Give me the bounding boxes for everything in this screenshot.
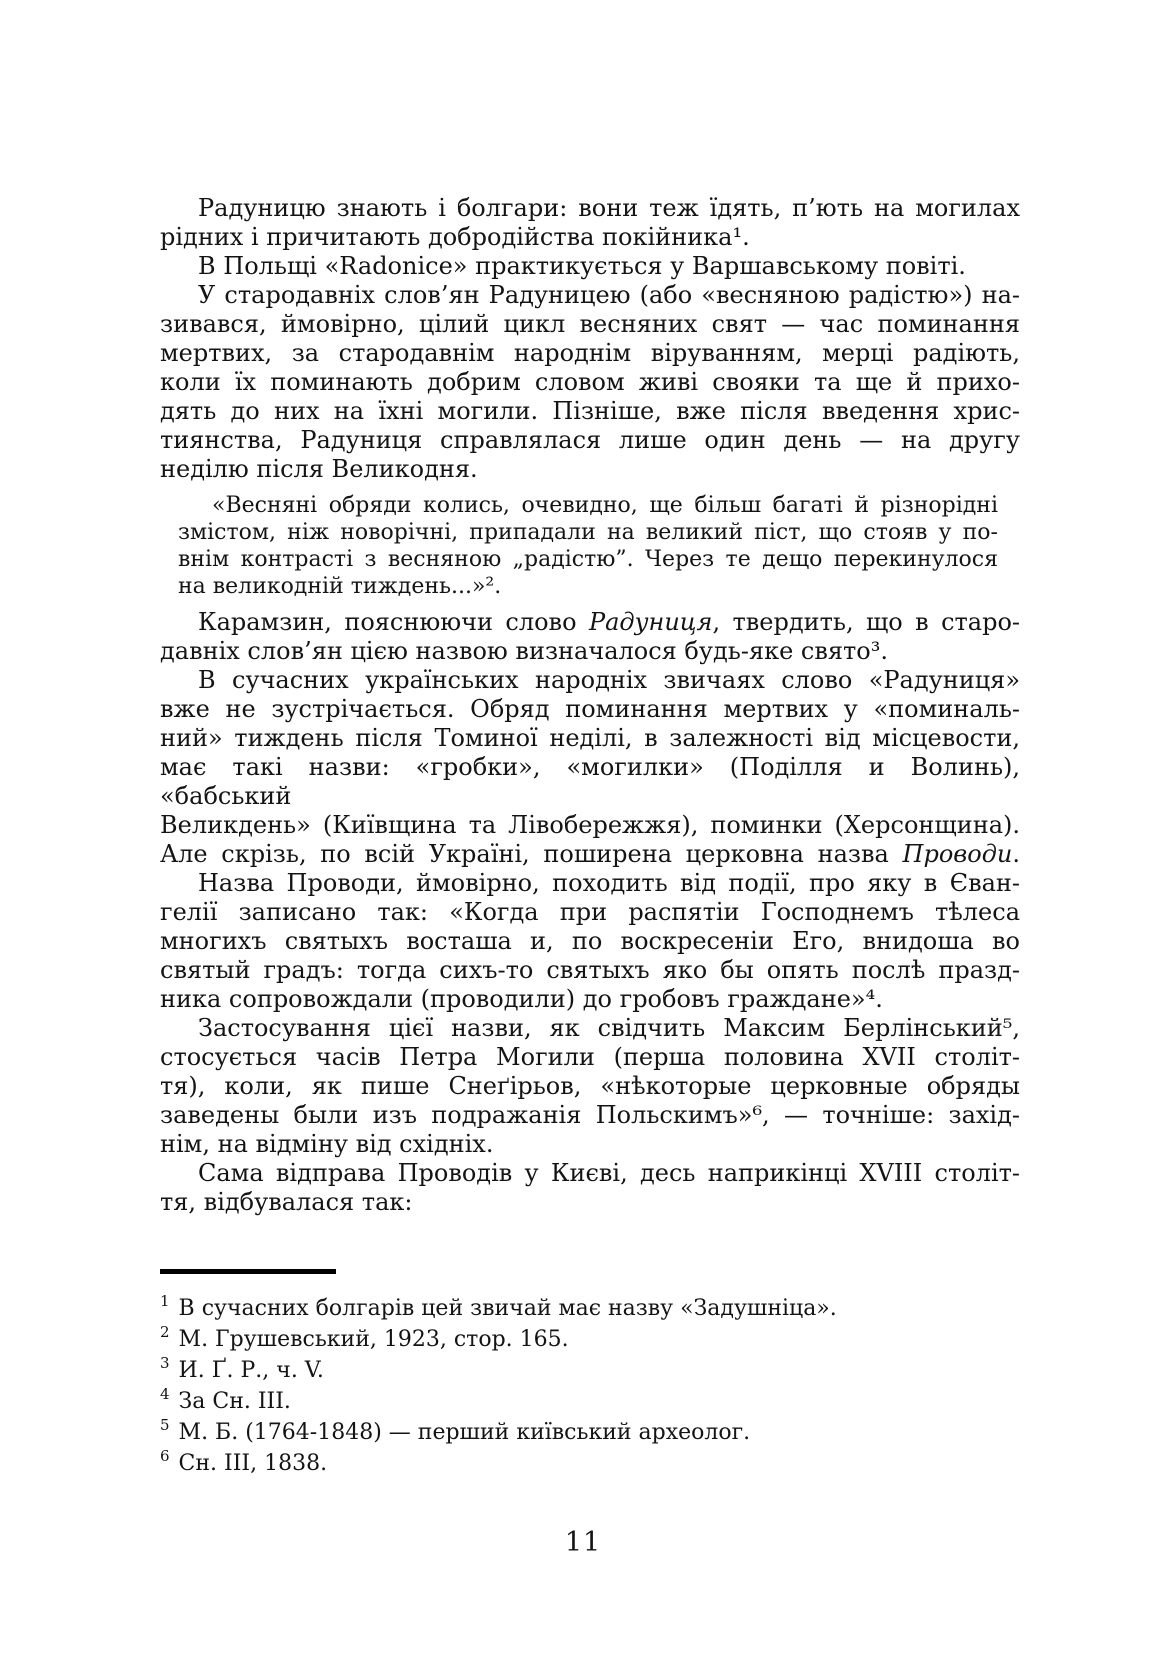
text-line: зивався, ймовірно, цілий цикл весняних с… bbox=[160, 310, 1020, 339]
text-block: Радуницю знають і болгари: вони теж їдят… bbox=[160, 194, 1020, 1217]
text-line: внім контрасті з весняною „радістю”. Чер… bbox=[178, 546, 998, 573]
text-line: Але скрізь, по всій Україні, поширена це… bbox=[160, 840, 1020, 869]
paragraph: Назва Проводи, ймовірно, походить від по… bbox=[160, 869, 1020, 1014]
text-line: У стародавніх слов’ян Радуницею (або «ве… bbox=[160, 281, 1020, 310]
text-line: тя, відбувалася так: bbox=[160, 1188, 1020, 1217]
text-line: на великодній тиждень...»². bbox=[178, 573, 998, 600]
text-line: стосується часів Петра Могили (перша пол… bbox=[160, 1043, 1020, 1072]
text-line: має такі назви: «гробки», «могилки» (Под… bbox=[160, 753, 1020, 811]
text-line: вже не зустрічається. Обряд поминання ме… bbox=[160, 695, 1020, 724]
text-line: Сама відправа Проводів у Києві, десь нап… bbox=[160, 1159, 1020, 1188]
text-line: заведены были изъ подражанія Польскимъ»⁶… bbox=[160, 1101, 1020, 1130]
text-line: Великдень» (Київщина та Лівобережжя), по… bbox=[160, 811, 1020, 840]
text-line: змістом, ніж новорічні, припадали на вел… bbox=[178, 519, 998, 546]
footnote-item: 6Сн. III, 1838. bbox=[160, 1441, 1020, 1472]
footnote-item: 5М. Б. (1764-1848) — перший київський ар… bbox=[160, 1410, 1020, 1441]
footnote-item: 4За Сн. III. bbox=[160, 1379, 1020, 1410]
text-line: неділю після Великодня. bbox=[160, 455, 1020, 484]
text-line: давніх слов’ян цією назвою визначалося б… bbox=[160, 637, 1020, 666]
text-line: коли їх поминають добрим словом живі сво… bbox=[160, 368, 1020, 397]
text-line: Назва Проводи, ймовірно, походить від по… bbox=[160, 869, 1020, 898]
footnote-text: Сн. III, 1838. bbox=[179, 1451, 328, 1476]
paragraph: Застосування цієї назви, як свідчить Мак… bbox=[160, 1014, 1020, 1159]
paragraph: В сучасних українських народніх звичаях … bbox=[160, 666, 1020, 869]
text-line: гелії записано так: «Когда при распятіи … bbox=[160, 898, 1020, 927]
footnote-number: 3 bbox=[160, 1348, 170, 1379]
text-line: рідних і причитають добродійства покійни… bbox=[160, 223, 1020, 252]
paragraph: Сама відправа Проводів у Києві, десь нап… bbox=[160, 1159, 1020, 1217]
footnote-number: 5 bbox=[160, 1410, 170, 1441]
text-line: дять до них на їхні могили. Пізніше, вже… bbox=[160, 397, 1020, 426]
book-page: Радуницю знають і болгари: вони теж їдят… bbox=[0, 0, 1166, 1654]
footnotes-list: 1В сучасних болгарів цей звичай має назв… bbox=[160, 1286, 1020, 1472]
footnote-item: 2М. Грушевський, 1923, стор. 165. bbox=[160, 1317, 1020, 1348]
text-line: ника сопровождали (проводили) до гробовъ… bbox=[160, 985, 1020, 1014]
footnote-item: 3И. Ґ. Р., ч. V. bbox=[160, 1348, 1020, 1379]
footnote-number: 1 bbox=[160, 1286, 170, 1317]
text-line: В сучасних українських народніх звичаях … bbox=[160, 666, 1020, 695]
text-line: Застосування цієї назви, як свідчить Мак… bbox=[160, 1014, 1020, 1043]
text-line: В Польщі «Radonice» практикується у Варш… bbox=[160, 252, 1020, 281]
paragraph: Карамзин, пояснюючи слово Радуниця, твер… bbox=[160, 608, 1020, 666]
footnote-divider bbox=[160, 1269, 336, 1274]
text-line: Карамзин, пояснюючи слово Радуниця, твер… bbox=[160, 608, 1020, 637]
block-quote: «Весняні обряди колись, очевидно, ще біл… bbox=[178, 492, 998, 600]
page-number: 11 bbox=[0, 1527, 1166, 1558]
text-line: нім, на відміну від східніх. bbox=[160, 1130, 1020, 1159]
text-line: мертвих, за стародавнім народнім віруван… bbox=[160, 339, 1020, 368]
text-line: тя), коли, як пише Снеґірьов, «нѣкоторые… bbox=[160, 1072, 1020, 1101]
footnote-number: 4 bbox=[160, 1379, 170, 1410]
text-line: «Весняні обряди колись, очевидно, ще біл… bbox=[178, 492, 998, 519]
text-line: Радуницю знають і болгари: вони теж їдят… bbox=[160, 194, 1020, 223]
paragraph: Радуницю знають і болгари: вони теж їдят… bbox=[160, 194, 1020, 252]
paragraph: У стародавніх слов’ян Радуницею (або «ве… bbox=[160, 281, 1020, 484]
footnote-number: 6 bbox=[160, 1441, 170, 1472]
footnote-number: 2 bbox=[160, 1317, 170, 1348]
text-line: многихъ святыхъ восташа и, по воскресені… bbox=[160, 927, 1020, 956]
text-line: святый градъ: тогда сихъ-то святыхъ яко … bbox=[160, 956, 1020, 985]
paragraph: В Польщі «Radonice» практикується у Варш… bbox=[160, 252, 1020, 281]
text-line: тиянства, Радуниця справлялася лише один… bbox=[160, 426, 1020, 455]
text-line: ний» тиждень після Томиної неділі, в зал… bbox=[160, 724, 1020, 753]
footnote-item: 1В сучасних болгарів цей звичай має назв… bbox=[160, 1286, 1020, 1317]
